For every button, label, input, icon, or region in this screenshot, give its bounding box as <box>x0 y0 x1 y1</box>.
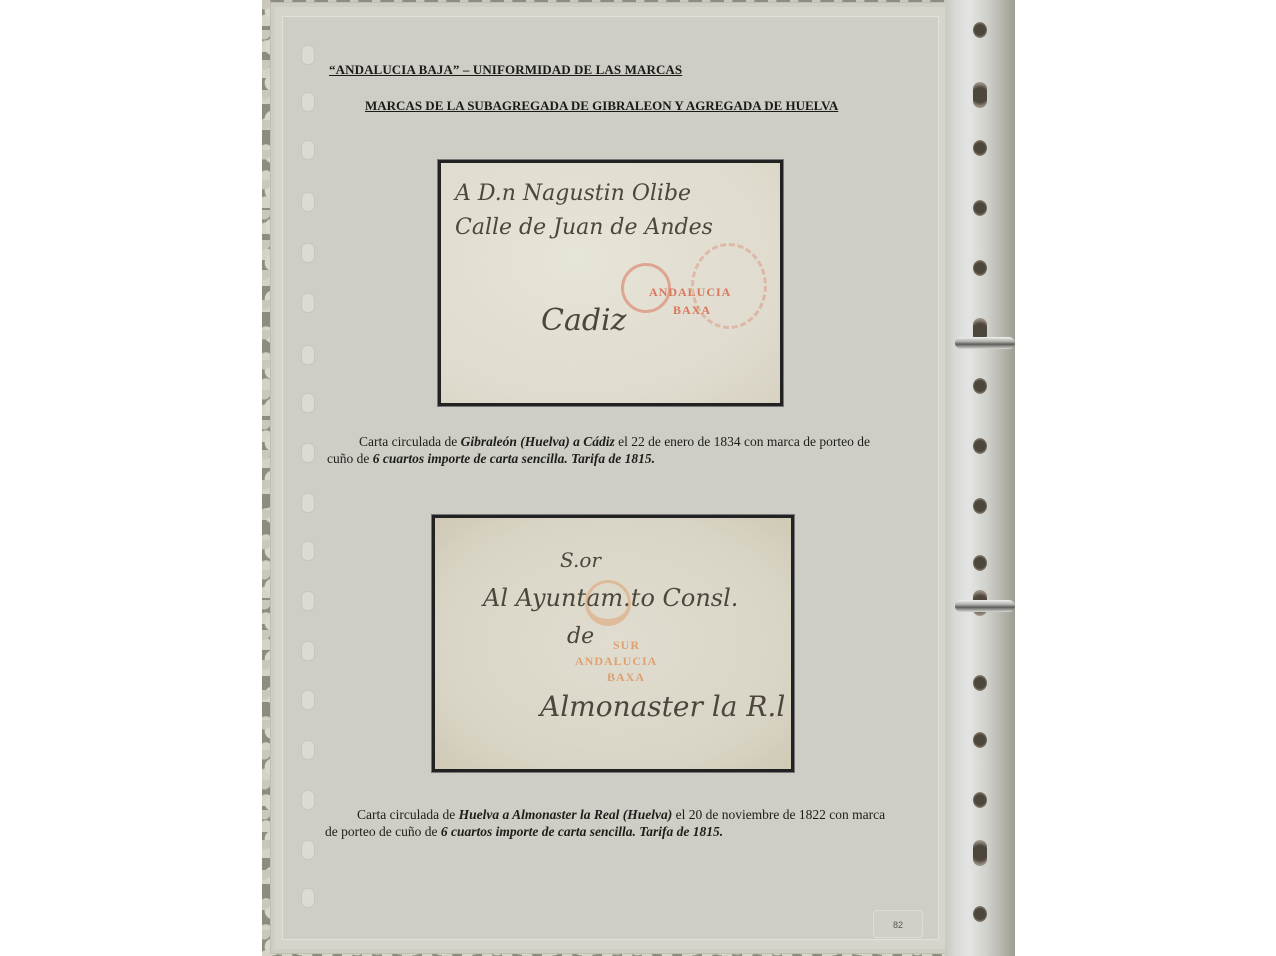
punch-hole <box>301 293 315 313</box>
letter-1-address-line-2: Calle de Juan de Andes <box>455 215 713 240</box>
binder-hole <box>973 792 987 808</box>
punch-hole <box>301 192 315 212</box>
binder-hole <box>973 82 987 108</box>
letter-1-address-line-1: A D.n Nagustin Olibe <box>455 181 691 206</box>
punch-hole <box>301 541 315 561</box>
binder-hole <box>973 378 987 394</box>
binder-hole <box>973 498 987 514</box>
punch-hole <box>301 140 315 160</box>
binder-hole <box>973 140 987 156</box>
punch-hole <box>301 393 315 413</box>
punch-hole <box>301 690 315 710</box>
letter-2-stamp-line-2: ANDALUCIA <box>575 654 657 669</box>
binder-hole <box>973 22 987 38</box>
caption-1-rate: 6 cuartos importe de carta sencilla. Tar… <box>373 451 655 466</box>
cover-letter-2: S.or Al Ayuntam.to Consl. de Almonaster … <box>432 515 794 772</box>
punch-hole <box>301 493 315 513</box>
binder-hole <box>973 555 987 571</box>
letter-2-destination: Almonaster la R.l <box>540 690 785 723</box>
binder-hole <box>973 675 987 691</box>
page-number: 82 <box>873 910 923 938</box>
punch-hole <box>301 840 315 860</box>
binder-ring <box>955 600 1015 612</box>
letter-2-salutation: S.or <box>560 548 601 572</box>
punch-hole <box>301 641 315 661</box>
caption-2-rate: 6 cuartos importe de carta sencilla. Tar… <box>441 824 723 839</box>
caption-2-route: Huelva a Almonaster la Real (Huelva) <box>459 807 673 822</box>
binder-hole <box>973 260 987 276</box>
crown-mark-icon <box>585 580 631 626</box>
caption-1-route: Gibraleón (Huelva) a Cádiz <box>461 434 615 449</box>
binder-hole <box>973 200 987 216</box>
binder-hole <box>973 840 987 866</box>
punch-hole <box>301 243 315 263</box>
cover-letter-1: A D.n Nagustin Olibe Calle de Juan de An… <box>438 160 783 406</box>
page-title: “ANDALUCIA BAJA” – UNIFORMIDAD DE LAS MA… <box>329 62 682 78</box>
caption-2: Carta circulada de Huelva a Almonaster l… <box>325 806 895 840</box>
binder-hole <box>973 438 987 454</box>
punch-hole <box>301 345 315 365</box>
caption-1-text-1: Carta circulada de <box>359 434 461 449</box>
punch-hole <box>301 740 315 760</box>
punch-hole <box>301 443 315 463</box>
page-subtitle: MARCAS DE LA SUBAGREGADA DE GIBRALEON Y … <box>365 98 838 114</box>
caption-1: Carta circulada de Gibraleón (Huelva) a … <box>327 433 897 467</box>
binder-ring <box>955 337 1015 349</box>
letter-2-stamp-line-3: BAXA <box>607 670 645 685</box>
punch-hole <box>301 790 315 810</box>
letter-1-stamp-line-2: BAXA <box>673 303 711 318</box>
punch-hole <box>301 888 315 908</box>
punch-hole <box>301 45 315 65</box>
binder-hole <box>973 906 987 922</box>
caption-2-text-1: Carta circulada de <box>357 807 459 822</box>
letter-1-destination: Cadiz <box>541 303 626 338</box>
album-page <box>282 16 939 940</box>
punch-hole <box>301 591 315 611</box>
punch-hole <box>301 92 315 112</box>
binder-hole <box>973 732 987 748</box>
letter-2-stamp-line-1: SUR <box>613 638 640 653</box>
letter-2-address-line-2: de <box>567 624 594 649</box>
letter-1-stamp-line-1: ANDALUCIA <box>649 285 731 300</box>
